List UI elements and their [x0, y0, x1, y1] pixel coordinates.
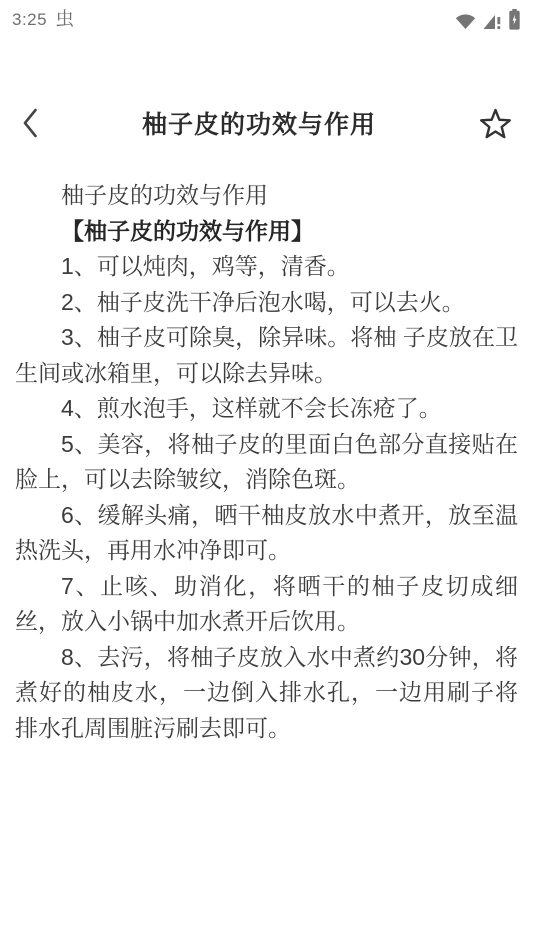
star-outline-icon: [478, 107, 513, 140]
article-paragraph: 5、美容，将柚子皮的里面白色部分直接贴在脸上，可以去除皱纹，消除色斑。: [15, 427, 518, 498]
article-paragraph: 1、可以炖肉，鸡等，清香。: [15, 249, 518, 285]
article-paragraph: 【柚子皮的功效与作用】: [15, 214, 518, 250]
article-paragraph: 2、柚子皮洗干净后泡水喝，可以去火。: [15, 285, 518, 321]
favorite-star-button[interactable]: [478, 107, 513, 140]
status-time: 3:25: [12, 10, 47, 30]
status-bar-right: [455, 9, 521, 30]
status-bar-left: 3:25 虫: [12, 10, 74, 30]
article-paragraph: 6、缓解头痛，晒干柚皮放水中煮开，放至温热洗头，再用水冲净即可。: [15, 498, 518, 569]
wifi-icon: [455, 13, 476, 30]
notification-icon: 虫: [55, 10, 74, 29]
battery-charging-icon: [508, 9, 521, 30]
status-bar: 3:25 虫: [0, 0, 533, 35]
article-paragraph: 3、柚子皮可除臭，除异味。将柚 子皮放在卫生间或冰箱里，可以除去异味。: [15, 320, 518, 391]
page-title: 柚子皮的功效与作用: [40, 105, 478, 141]
article-paragraph: 柚子皮的功效与作用: [15, 178, 518, 214]
article-paragraph: 7、止咳、助消化，将晒干的柚子皮切成细丝，放入小锅中加水煮开后饮用。: [15, 569, 518, 640]
screen: 3:25 虫: [0, 0, 533, 948]
chevron-left-icon: [20, 106, 40, 140]
article-header: 柚子皮的功效与作用: [0, 96, 533, 150]
article-paragraph: 4、煎水泡手，这样就不会长冻疮了。: [15, 391, 518, 427]
article-paragraph: 8、去污，将柚子皮放入水中煮约30分钟，将煮好的柚皮水，一边倒入排水孔，一边用刷…: [15, 640, 518, 747]
back-button[interactable]: [20, 106, 40, 140]
cellular-signal-alert-icon: [482, 13, 502, 30]
article-body[interactable]: 柚子皮的功效与作用【柚子皮的功效与作用】1、可以炖肉，鸡等，清香。2、柚子皮洗干…: [0, 178, 533, 746]
